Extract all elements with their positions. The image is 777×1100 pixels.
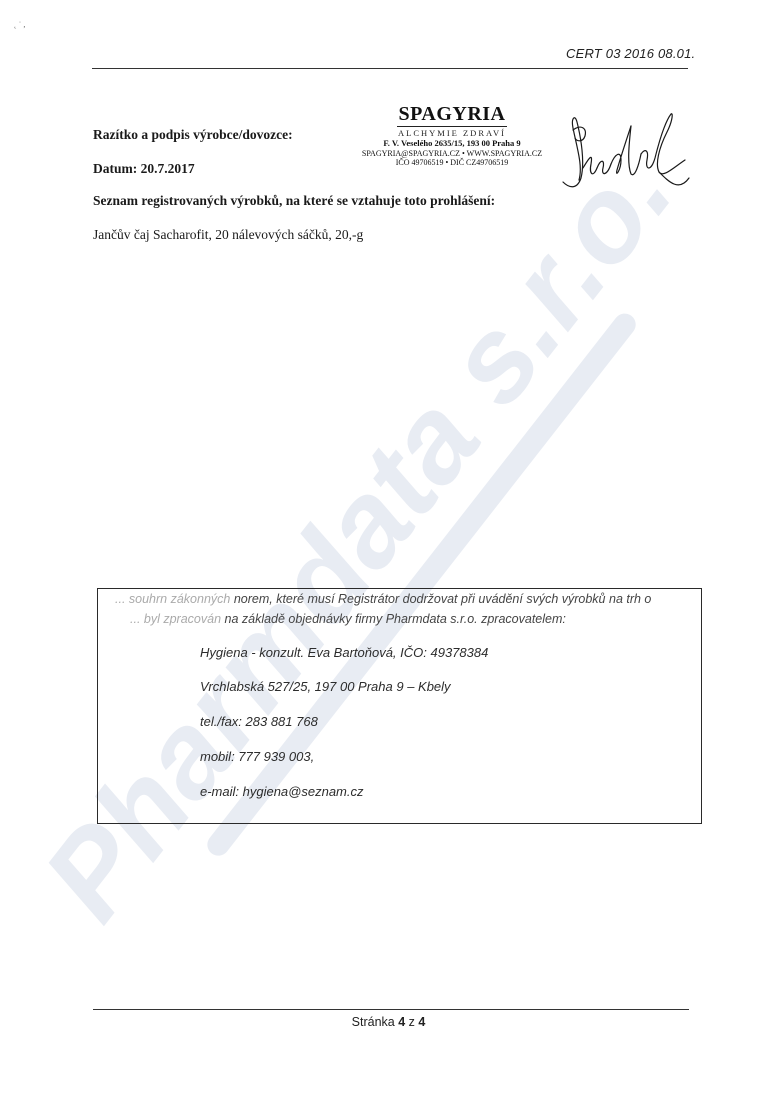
scan-artifacts: ˛ ˙ , [14,20,25,29]
page-prefix: Stránka [352,1015,399,1029]
stamp-contacts: SPAGYRIA@SPAGYRIA.CZ • WWW.SPAGYRIA.CZ [352,149,552,159]
product-list-heading: Seznam registrovaných výrobků, na které … [93,193,495,209]
stamp-address: F. V. Veselého 2635/15, 193 00 Praha 9 [352,139,552,149]
header-divider [92,68,688,69]
page-total: 4 [418,1015,425,1029]
company-stamp: SPAGYRIA ALCHYMIE ZDRAVÍ F. V. Veselého … [352,104,552,168]
page-number: Stránka 4 z 4 [0,1015,777,1029]
processor-info-box [97,588,702,824]
page-separator: z [405,1015,418,1029]
footer-divider [93,1009,689,1010]
stamp-signature-label: Razítko a podpis výrobce/dovozce: [93,127,293,143]
document-reference: CERT 03 2016 08.01. [566,46,695,61]
stamp-ids: IČO 49706519 • DIČ CZ49706519 [352,158,552,168]
product-item: Jančův čaj Sacharofit, 20 nálevových sáč… [93,227,363,243]
signature-icon [555,108,695,200]
stamp-brand: SPAGYRIA [352,104,552,124]
stamp-divider [397,126,507,127]
date-label: Datum: 20.7.2017 [93,161,195,177]
